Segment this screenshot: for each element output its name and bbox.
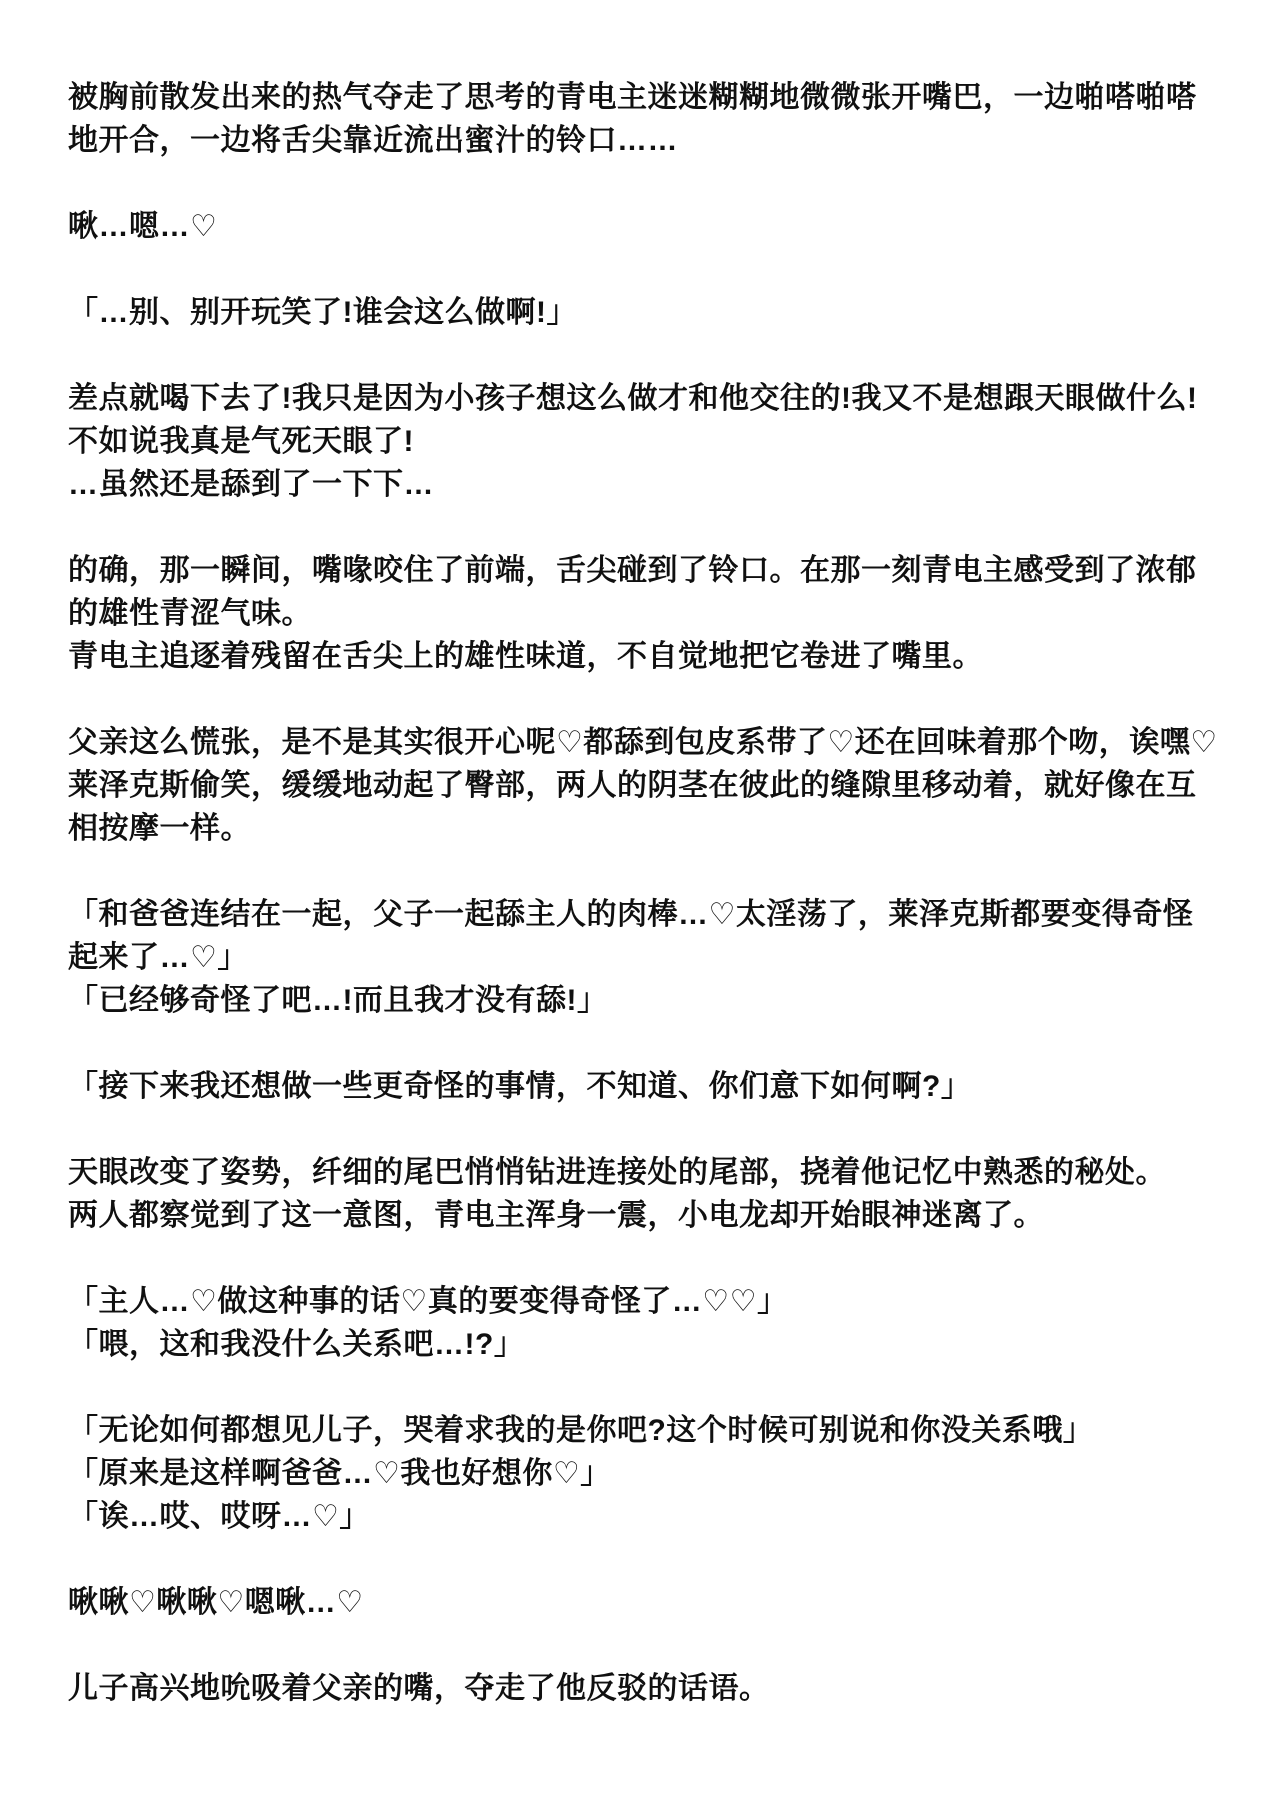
paragraph-narration-2: 的确，那一瞬间，嘴喙咬住了前端，舌尖碰到了铃口。在那一刻青电主感受到了浓郁 的雄…	[68, 549, 1236, 678]
paragraph-dialogue-1: 「…别、别开玩笑了!谁会这么做啊!」	[68, 291, 1236, 334]
paragraph-narration-4: 天眼改变了姿势，纤细的尾巴悄悄钻进连接处的尾部，挠着他记忆中熟悉的秘处。 两人都…	[68, 1151, 1236, 1237]
story-text: 被胸前散发出来的热气夺走了思考的青电主迷迷糊糊地微微张开嘴巴，一边啪嗒啪嗒 地开…	[68, 76, 1236, 1710]
paragraph-dialogue-4: 「主人…♡做这种事的话♡真的要变得奇怪了…♡♡」 「喂，这和我没什么关系吧…!?…	[68, 1280, 1236, 1366]
paragraph-dialogue-3: 「接下来我还想做一些更奇怪的事情，不知道、你们意下如何啊?」	[68, 1065, 1236, 1108]
paragraph-narration-5: 儿子高兴地吮吸着父亲的嘴，夺走了他反驳的话语。	[68, 1667, 1236, 1710]
paragraph-sfx-1: 啾…嗯…♡	[68, 205, 1236, 248]
paragraph-monologue-1: 差点就喝下去了!我只是因为小孩子想这么做才和他交往的!我又不是想跟天眼做什么! …	[68, 377, 1236, 506]
paragraph-narration-1: 被胸前散发出来的热气夺走了思考的青电主迷迷糊糊地微微张开嘴巴，一边啪嗒啪嗒 地开…	[68, 76, 1236, 162]
paragraph-narration-3: 父亲这么慌张，是不是其实很开心呢♡都舔到包皮系带了♡还在回味着那个吻，诶嘿♡ 莱…	[68, 721, 1236, 850]
paragraph-dialogue-5: 「无论如何都想见儿子，哭着求我的是你吧?这个时候可别说和你没关系哦」 「原来是这…	[68, 1409, 1236, 1538]
paragraph-dialogue-2: 「和爸爸连结在一起，父子一起舔主人的肉棒…♡太淫荡了，莱泽克斯都要变得奇怪 起来…	[68, 893, 1236, 1022]
document-page: 被胸前散发出来的热气夺走了思考的青电主迷迷糊糊地微微张开嘴巴，一边啪嗒啪嗒 地开…	[0, 0, 1280, 1810]
paragraph-sfx-2: 啾啾♡啾啾♡嗯啾…♡	[68, 1581, 1236, 1624]
